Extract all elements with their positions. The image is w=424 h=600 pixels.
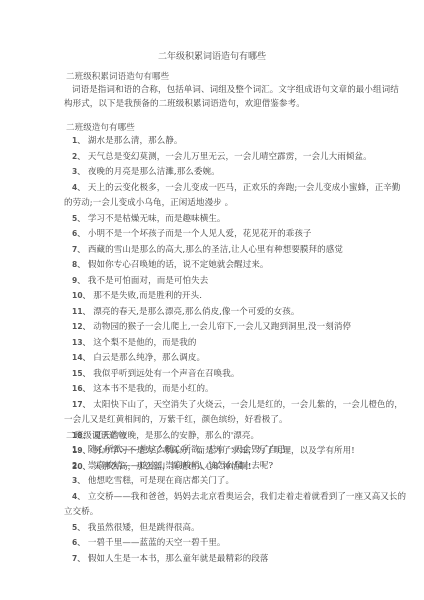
list-item: 4、立交桥——我和爸爸，妈妈去北京看奥运会，我们走着走着就看到了一座又高又长的 [72,491,406,503]
list-item: 6、一碧千里——蓝蓝的天空一碧千里。 [72,537,226,549]
list-item: 2、崇高峻峭——这座山崇高峻峭，该怎么爬上去呢? [72,460,273,472]
list-item-number: 14、 [72,353,90,362]
list-item-text: 假如你专心召唤她的话，说不定她就会醒过来。 [88,260,269,270]
list-item-number: 2、 [72,461,85,470]
intro-paragraph-line: 构形式，以下是我预备的二班级积累词语造句，欢迎借鉴参考。 [64,98,305,110]
list-item-number: 3、 [72,167,85,176]
list-item-number: 5、 [72,214,85,223]
list-item-number: 3、 [72,476,85,485]
list-item-number: 2、 [72,152,85,161]
list-item-number: 6、 [72,538,85,547]
list-item: 1、随心所欲——他这么随心所欲，总有一天会毁了自己。 [72,444,294,456]
document-page: 二年级积累词语造句有哪些 二班级积累词语造句有哪些 词语是指词和语的合称，包括单… [0,0,424,600]
list-item-number: 15、 [72,369,90,378]
list-item: 13、这个梨不是他的，而是我的 [72,337,196,349]
list-item-text: 立交桥——我和爸爸，妈妈去北京看奥运会，我们走着走着就看到了一座又高又长的 [88,492,406,502]
list-item-text: 那不是失败,而是胜利的开头. [93,291,202,301]
list-item-text: 我不是可怕面对，而是可怕失去 [88,276,208,286]
list-item-text: 他想吃雪糕，可是现在商店都关门了。 [88,476,234,486]
list-item-text: 这个梨不是他的，而是我的 [93,338,196,348]
list-item: 9、我不是可怕面对，而是可怕失去 [72,275,208,287]
list-item: 17、太阳快下山了，天空消失了火烧云，一会儿是红的，一会儿紫的，一会儿橙色的， [72,399,403,411]
list-item-number: 1、 [72,136,85,145]
list-item-text: 随心所欲——他这么随心所欲，总有一天会毁了自己。 [88,445,294,455]
list-item-continuation: 立交桥。 [64,506,98,518]
list-item-text: 崇高峻峭——这座山崇高峻峭，该怎么爬上去呢? [88,461,273,471]
list-item: 1、湖水是那么清，那么静。 [72,135,183,147]
list-item-text: 小明不是一个坏孩子而是一个人见人爱，花见花开的乖孩子 [88,229,312,239]
list-item-number: 9、 [72,276,85,285]
list-item-text: 漂亮的春天,是那么漂亮,那么俏皮,像一个可爱的女孩。 [93,307,299,317]
list-item: 3、他想吃雪糕，可是现在商店都关门了。 [72,475,234,487]
list-item-number: 8、 [72,260,85,269]
list-item-number: 6、 [72,229,85,238]
list-item-text: 一碧千里——蓝蓝的天空一碧千里。 [88,538,226,548]
list-item-text: 学习不是枯燥无味，而是趣味横生。 [88,214,226,224]
list-item-text: 天上的云变化极多，一会儿变成一匹马，正欢乐的奔跑;一会儿变成小蜜蜂，正辛勤 [88,183,401,193]
list-item-number: 7、 [72,245,85,254]
list-item-number: 4、 [72,183,85,192]
list-item-text: 西藏的雪山是那么的高大,那么的圣洁,让人心里有种想要膜拜的感觉 [88,245,343,255]
list-item-number: 17、 [72,400,90,409]
list-item-number: 12、 [72,322,90,331]
list-item: 3、夜晚的月亮是那么洁濉,那么委婉。 [72,166,220,178]
intro-paragraph-line: 词语是指词和语的合称，包括单词、词组及整个词汇。文字组成语句文章的最小组词结 [72,84,399,96]
list-item-text: 假如人生是一本书，那么童年就是最精彩的段落 [88,554,269,564]
list-item-text: 这本书不是我的，而是小红的。 [93,384,213,394]
list-item-continuation: 的劳动;一会儿变成小乌龟，正闲适地漫步 。 [64,197,233,209]
list-item: 7、假如人生是一本书，那么童年就是最精彩的段落 [72,553,269,565]
list-item-number: 1、 [72,445,85,454]
list-item-text: 太阳快下山了，天空消失了火烧云，一会儿是红的，一会儿紫的，一会儿橙色的， [93,400,403,410]
list-item-number: 5、 [72,523,85,532]
list-item-text: 天气总是变幻莫测，一会儿万里无云，一会儿晴空霹雳，一会儿大雨倾盆。 [88,152,372,162]
list-item: 5、学习不是枯燥无味，而是趣味横生。 [72,213,226,225]
list-item: 4、天上的云变化极多，一会儿变成一匹马，正欢乐的奔跑;一会儿变成小蜜蜂，正辛勤 [72,182,401,194]
list-item: 8、假如你专心召唤她的话，说不定她就会醒过来。 [72,259,269,271]
section1-heading: 二班级造句有哪些 [66,122,135,134]
document-title: 二年级积累词语造句有哪些 [0,51,424,63]
list-item-number: 7、 [72,554,85,563]
list-item: 6、小明不是一个坏孩子而是一个人见人爱，花见花开的乖孩子 [72,228,312,240]
list-item: 15、我似乎听到远处有一个声音在召唤我。 [72,368,239,380]
list-item-text: 我似乎听到远处有一个声音在召唤我。 [93,369,239,379]
list-item: 2、天气总是变幻莫测，一会儿万里无云，一会儿晴空霹雳，一会儿大雨倾盆。 [72,151,372,163]
list-item-number: 4、 [72,492,85,501]
list-item: 12、动物园的猴子一会儿爬上,一会儿帘下,一会儿又跑到洞里,没一刻消停 [72,321,351,333]
intro-heading: 二班级积累词语造句有哪些 [66,71,169,83]
list-item-text: 湖水是那么清，那么静。 [88,136,183,146]
list-item-text: 动物园的猴子一会儿爬上,一会儿帘下,一会儿又跑到洞里,没一刻消停 [93,322,351,332]
list-item: 14、白云是那么纯净，那么调皮。 [72,352,205,364]
list-item-number: 13、 [72,338,90,347]
list-item-number: 11、 [72,307,90,316]
list-item-text: 夜晚的月亮是那么洁濉,那么委婉。 [88,167,220,177]
list-item-continuation: 一会儿又是红黄相间的，万紫千红，颜色缤纷，好看极了。 [64,414,288,426]
list-item-number: 10、 [72,291,90,300]
list-item: 7、西藏的雪山是那么的高大,那么的圣洁,让人心里有种想要膜拜的感觉 [72,244,343,256]
list-item-text: 我虽然很矮，但是跳得很高。 [88,523,200,533]
list-item: 16、这本书不是我的，而是小红的。 [72,383,214,395]
list-item-number: 16、 [72,384,90,393]
section2-heading: 二班级词语造句 [66,430,126,442]
list-item: 10、那不是失败,而是胜利的开头. [72,290,202,302]
list-item-text: 白云是那么纯净，那么调皮。 [93,353,205,363]
list-item: 11、漂亮的春天,是那么漂亮,那么俏皮,像一个可爱的女孩。 [72,306,299,318]
list-item: 5、我虽然很矮，但是跳得很高。 [72,522,200,534]
